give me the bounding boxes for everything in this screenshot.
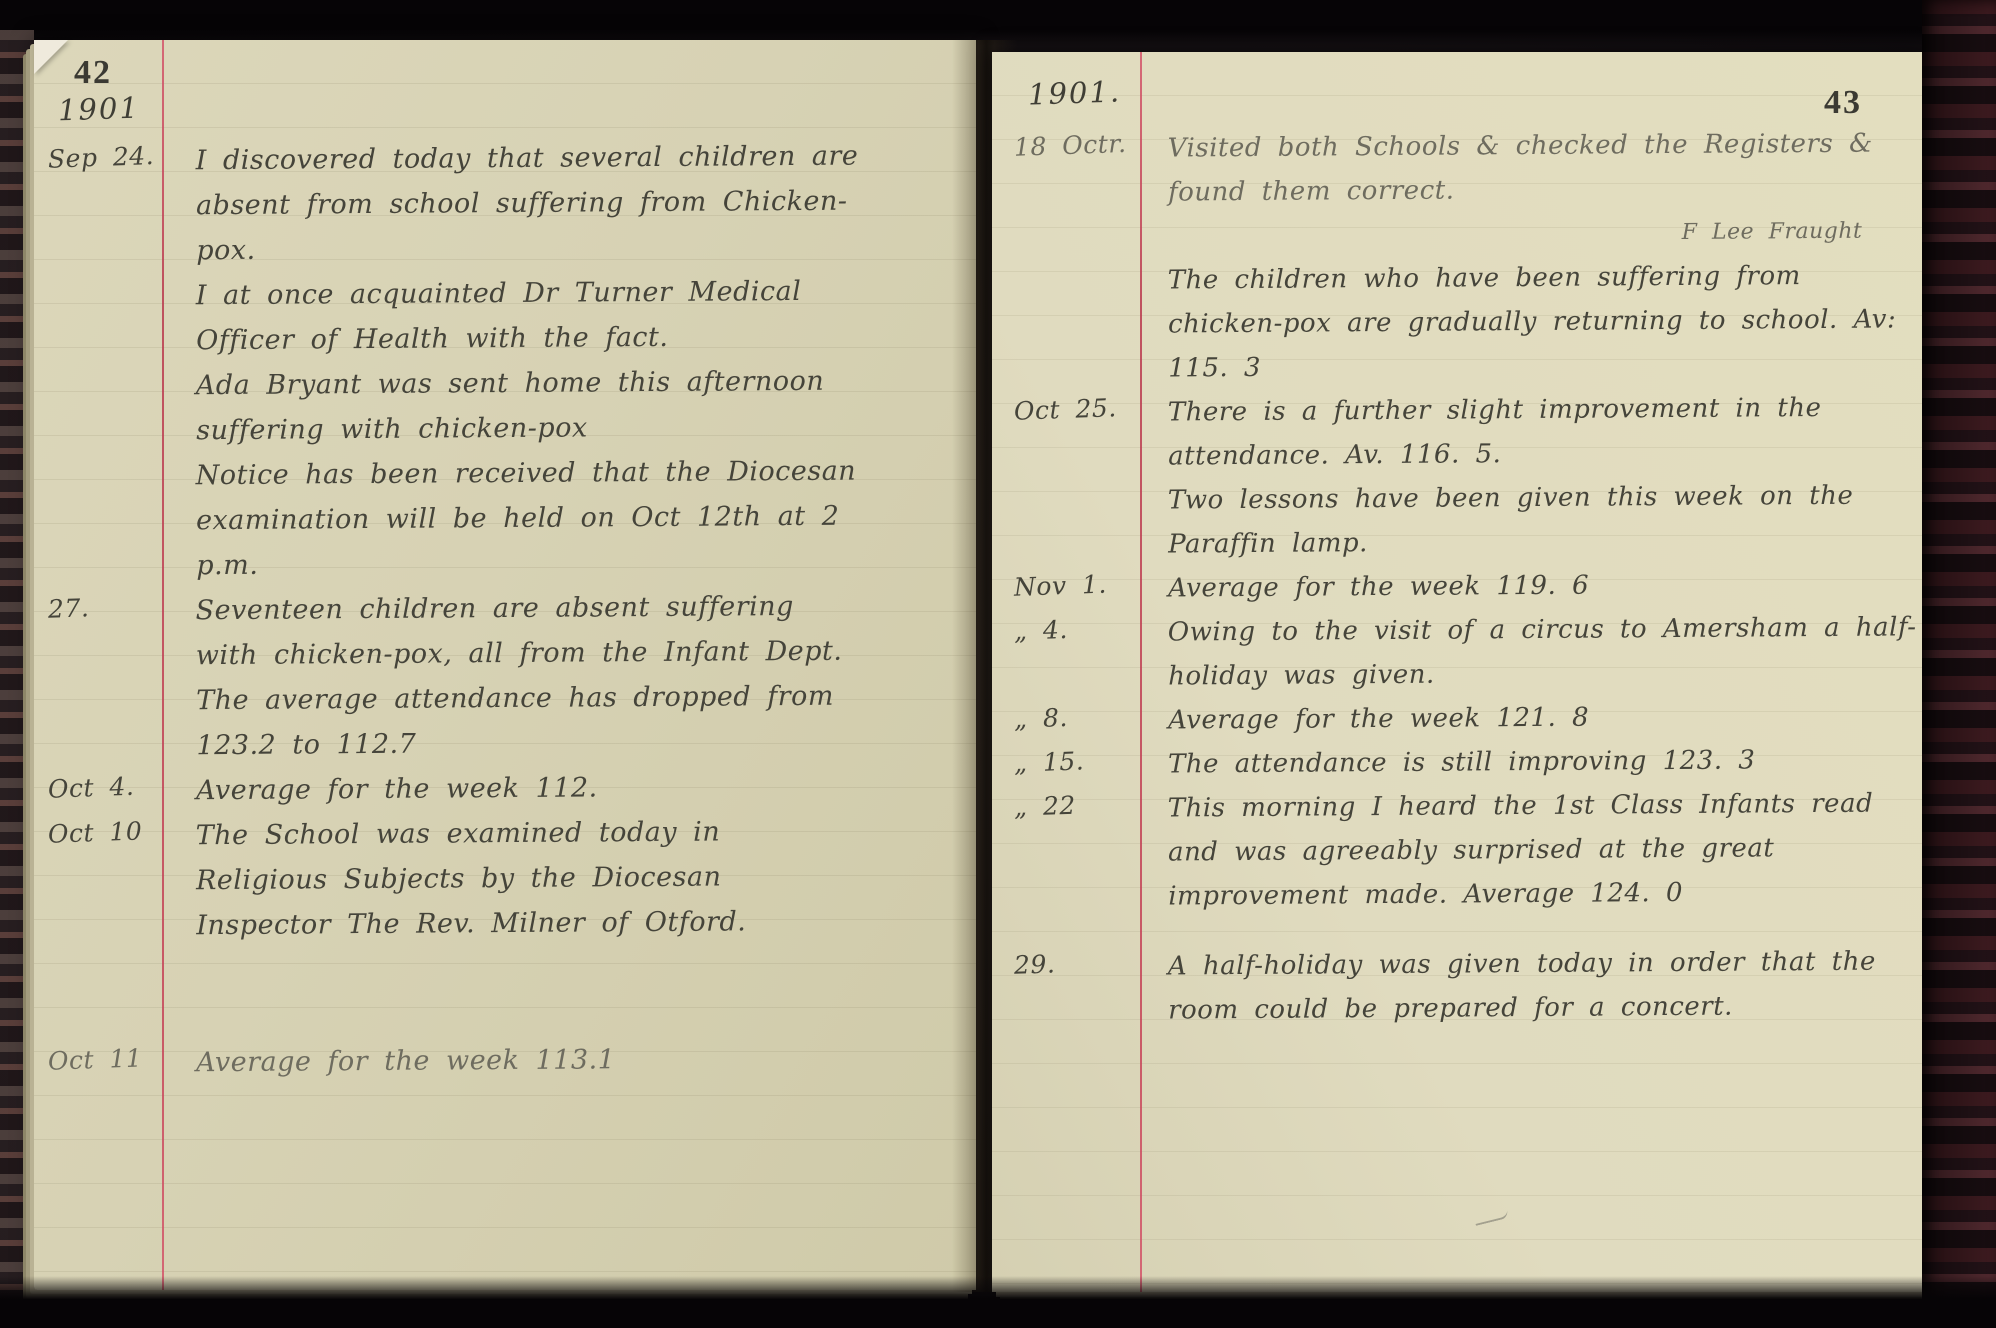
entry-text: I at once acquainted Dr Turner Medical O… [160, 269, 861, 364]
log-entry: Ada Bryant was sent home this afternoon … [34, 361, 864, 451]
entry-date: „ 22 [991, 781, 1138, 830]
entry-text: The School was examined today in Religio… [160, 809, 861, 949]
log-entry: Oct 10 The School was examined today in … [34, 811, 864, 946]
entry-text: The children who have been suffering fro… [1138, 253, 1923, 390]
log-entry: Two lessons have been given this week on… [992, 476, 1922, 564]
entry-text-body: Visited both Schools & checked the Regis… [1168, 129, 1873, 208]
entry-text: Two lessons have been given this week on… [1138, 473, 1923, 566]
entry-text: There is a further slight improvement in… [1138, 385, 1923, 478]
entry-text: Seventeen children are absent suffering … [159, 584, 860, 769]
entry-date: Oct 25. [991, 385, 1138, 434]
left-page-entries: Sep 24. I discovered today that several … [34, 136, 864, 1083]
entry-text: Owing to the visit of a circus to Amersh… [1138, 605, 1923, 698]
entry-text: Average for the week 121. 8 [1138, 693, 1922, 742]
log-entry: „ 15. The attendance is still improving … [992, 740, 1922, 784]
entry-text: A half-holiday was given today in order … [1138, 939, 1923, 1032]
inspector-signature: F Lee Fraught [1168, 209, 1922, 258]
log-entry: The children who have been suffering fro… [992, 256, 1922, 388]
entry-text: Ada Bryant was sent home this afternoon … [160, 359, 861, 454]
entry-text: Average for the week 113.1 [160, 1036, 860, 1086]
scan-bottom-shadow [0, 1276, 1996, 1328]
entry-text: This morning I heard the 1st Class Infan… [1138, 781, 1923, 918]
log-entry: „ 8. Average for the week 121. 8 [992, 696, 1922, 740]
year-heading-left: 1901 [57, 91, 140, 128]
right-page: 43 1901. 18 Octr. Visited both Schools &… [992, 52, 1928, 1292]
right-page-entries: 18 Octr. Visited both Schools & checked … [992, 124, 1922, 1030]
book-spine-edge [1922, 0, 1996, 1328]
log-entry: „ 4. Owing to the visit of a circus to A… [992, 608, 1922, 696]
entry-date: 18 Octr. [991, 121, 1138, 170]
year-heading-right: 1901. [1027, 74, 1121, 111]
entry-date: Oct 4. [33, 764, 160, 812]
entry-date: 29. [991, 939, 1138, 988]
log-entry: Sep 24. I discovered today that several … [34, 136, 864, 271]
entry-text: I discovered today that several children… [160, 134, 861, 274]
left-page: 42 1901 Sep 24. I discovered today that … [34, 40, 976, 1290]
entry-date: Oct 11 [33, 1036, 160, 1084]
entry-text: Average for the week 119. 6 [1138, 561, 1922, 610]
log-entry: Oct 4. Average for the week 112. [34, 766, 864, 811]
entry-text: The attendance is still improving 123. 3 [1138, 737, 1922, 786]
entry-text: Visited both Schools & checked the Regis… [1138, 121, 1923, 258]
entry-date: „ 15. [991, 737, 1138, 786]
page-corner-fold [34, 40, 68, 74]
log-entry: Oct 25. There is a further slight improv… [992, 388, 1922, 476]
logbook-scan: 42 1901 Sep 24. I discovered today that … [0, 0, 1996, 1328]
page-number-right: 43 [1824, 84, 1862, 122]
log-entry: Oct 11 Average for the week 113.1 [34, 1038, 864, 1083]
log-entry: 27. Seventeen children are absent suffer… [34, 586, 864, 766]
entry-date: „ 4. [991, 605, 1138, 654]
log-entry: Nov 1. Average for the week 119. 6 [992, 564, 1922, 608]
pencil-tick-mark [1473, 1206, 1509, 1226]
page-number-left: 42 [74, 54, 112, 92]
log-entry: „ 22 This morning I heard the 1st Class … [992, 784, 1922, 916]
book-left-edge [0, 30, 34, 1328]
entry-date: Sep 24. [33, 134, 160, 182]
log-entry: I at once acquainted Dr Turner Medical O… [34, 271, 864, 361]
log-entry: Notice has been received that the Dioces… [34, 451, 864, 586]
entry-date: 27. [33, 584, 160, 632]
entry-date: „ 8. [991, 693, 1138, 742]
entry-text: Notice has been received that the Dioces… [160, 449, 861, 589]
entry-date: Nov 1. [991, 561, 1138, 610]
entry-date: Oct 10 [33, 809, 160, 857]
entry-text: Average for the week 112. [160, 764, 860, 814]
log-entry: 18 Octr. Visited both Schools & checked … [992, 124, 1922, 256]
log-entry: 29. A half-holiday was given today in or… [992, 942, 1922, 1030]
